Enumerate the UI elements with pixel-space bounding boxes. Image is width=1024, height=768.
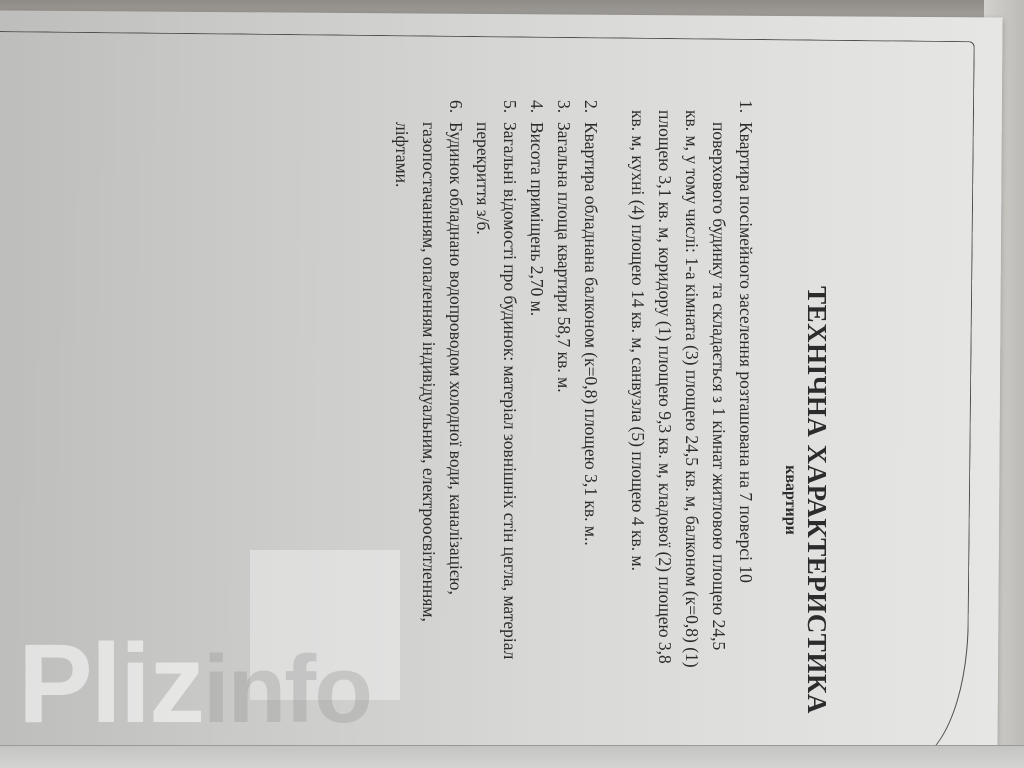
item-line: поверхового будинку та складається з 1 к… bbox=[705, 122, 732, 760]
item-line: Квартира обладнана балконом (к=0,8) площ… bbox=[577, 122, 604, 760]
list-item-2: 2. Квартира обладнана балконом (к=0,8) п… bbox=[577, 100, 604, 760]
item-number: 4. bbox=[523, 100, 550, 122]
list-item-4: 4. Висота приміщень 2,70 м. bbox=[523, 100, 550, 760]
item-line: Будинок обладнано водопроводом холодної … bbox=[442, 122, 469, 760]
characteristics-list: 1. Квартира посімейного заселення розташ… bbox=[388, 100, 759, 760]
list-item-1: 1. Квартира посімейного заселення розташ… bbox=[624, 100, 759, 760]
item-line: газопостачанням, опаленням індивідуальни… bbox=[415, 122, 442, 760]
item-text: Висота приміщень 2,70 м. bbox=[523, 122, 550, 760]
item-line: площею 3,1 кв. м, коридору (1) площею 9,… bbox=[651, 110, 678, 760]
item-text: Квартира посімейного заселення розташова… bbox=[624, 122, 759, 760]
item-line: перекриття з/б. bbox=[469, 122, 496, 760]
item-line: Загальна площа квартири 58,7 кв. м. bbox=[550, 122, 577, 760]
list-item-5: 5. Загальні відомості про будинок: матер… bbox=[469, 100, 523, 760]
item-line: кв. м, кухні (4) площею 14 кв. м, санвуз… bbox=[624, 110, 651, 760]
document-title: ТЕХНІЧНА ХАРАКТЕРИСТИКА bbox=[801, 100, 840, 760]
document-subtitle: квартири bbox=[781, 100, 799, 760]
item-number: 2. bbox=[577, 100, 604, 122]
list-item-6: 6. Будинок обладнано водопроводом холодн… bbox=[388, 100, 469, 760]
item-number: 6. bbox=[388, 100, 469, 122]
watermark-suffix: info bbox=[203, 636, 371, 743]
item-number: 5. bbox=[469, 100, 523, 122]
list-item-3: 3. Загальна площа квартири 58,7 кв. м. bbox=[550, 100, 577, 760]
item-text: Квартира обладнана балконом (к=0,8) площ… bbox=[577, 122, 604, 760]
item-line: кв. м, у тому числі: 1-а кімната (3) пло… bbox=[678, 110, 705, 760]
item-text: Будинок обладнано водопроводом холодної … bbox=[388, 122, 469, 760]
watermark-logo: Plizinfo bbox=[18, 628, 371, 740]
item-text: Загальна площа квартири 58,7 кв. м. bbox=[550, 122, 577, 760]
item-line: Висота приміщень 2,70 м. bbox=[523, 122, 550, 760]
item-number: 3. bbox=[550, 100, 577, 122]
watermark-brand: Pliz bbox=[18, 621, 203, 746]
item-text: Загальні відомості про будинок: матеріал… bbox=[469, 122, 523, 760]
item-line: Квартира посімейного заселення розташова… bbox=[732, 122, 759, 760]
item-line: Загальні відомості про будинок: матеріал… bbox=[496, 122, 523, 760]
